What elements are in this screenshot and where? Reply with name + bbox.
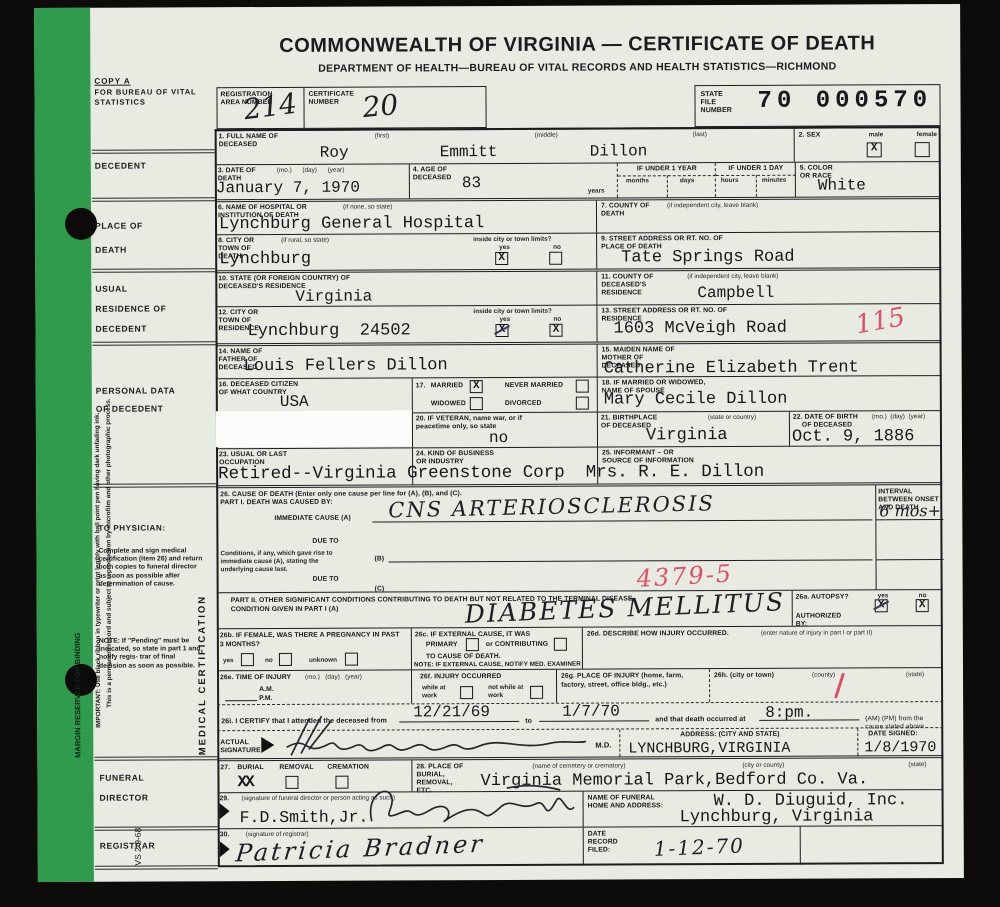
arrow-icon	[261, 737, 274, 753]
divorced-checkbox	[576, 397, 589, 410]
primary-label: PRIMARY	[426, 641, 458, 649]
marital-num: 17.	[416, 382, 426, 390]
field-county-of-death: 7. COUNTY OF DEATH (if independent city,…	[596, 199, 941, 233]
date-of-death-hint: (mo.) (day) (year)	[277, 167, 345, 175]
field-state-residence: 10. STATE (OR FOREIGN COUNTRY) OF DECEAS…	[215, 272, 596, 307]
removal-label: REMOVAL	[279, 764, 313, 772]
city-of-death-hint: (if rural, so state)	[281, 237, 329, 245]
row-burial: 27. BURIAL REMOVAL CREMATION XX 28. PLAC…	[217, 755, 943, 792]
md-address-label: ADDRESS: (CITY AND STATE)	[680, 731, 779, 739]
field-under-1-year: IF UNDER 1 YEAR months days	[617, 163, 715, 197]
injury-county-hint: (county)	[812, 672, 835, 680]
sex-label: 2. SEX	[799, 132, 821, 140]
red-slash-mark	[834, 673, 844, 699]
middle-hint: (middle)	[535, 132, 558, 140]
field-md-address: ADDRESS: (CITY AND STATE) LYNCHBURG,VIRG…	[619, 728, 857, 756]
date-signed-value: 1/8/1970	[864, 739, 936, 756]
section-personal-data: PERSONAL DATA OF DECEDENT	[96, 381, 176, 417]
section-place-of-death: PLACE OF DEATH	[95, 213, 165, 261]
redaction-box	[216, 410, 412, 447]
disposition-num: 27.	[220, 764, 230, 772]
divider	[93, 483, 216, 488]
middle-name-value: Emmitt	[440, 144, 498, 161]
field-funeral-home: NAME OF FUNERAL HOME AND ADDRESS: W. D. …	[583, 790, 944, 827]
margin-binding-text: MARGIN RESERVED FOR BINDING	[72, 338, 83, 758]
dob-hint: (mo.) (day) (year)	[872, 413, 925, 421]
last-name-value: Dillon	[590, 143, 648, 160]
widowed-checkbox	[470, 397, 483, 410]
color-race-value: White	[818, 177, 866, 194]
certificate-number-value: 20	[361, 88, 400, 124]
married-label: MARRIED	[431, 382, 463, 390]
checkmark: X	[473, 380, 480, 392]
sex-female-label: female	[917, 131, 937, 139]
immediate-cause-label: IMMEDIATE CAUSE (A)	[274, 515, 351, 523]
dob-value: Oct. 9, 1886	[792, 428, 914, 446]
md-address-value: LYNCHBURG,VIRGINIA	[628, 740, 790, 758]
row-occupation: 23. USUAL OR LAST OCCUPATION 24. KIND OF…	[216, 445, 942, 485]
certificate-number-box: CERTIFICATE NUMBER 20	[304, 86, 486, 129]
row-birth: 20. IF VETERAN, name war, or if peacetim…	[216, 410, 942, 448]
field-cause-of-death: 26. CAUSE OF DEATH (Enter only one cause…	[216, 485, 875, 592]
field-county-residence: 11. COUNTY OF DECEASED'S RESIDENCE (if i…	[596, 270, 941, 305]
red-code-value: 4379-5	[636, 559, 734, 592]
field-sex: 2. SEX male female X	[794, 128, 941, 162]
limits2-no-label: no	[553, 316, 561, 324]
death-occurred-label: and that death occurred at	[655, 716, 746, 724]
row-26e: 26e. TIME OF INJURY (mo.) (day) (year) A…	[217, 667, 943, 704]
autopsy-no-checkbox: X	[916, 599, 929, 612]
cremation-label: CREMATION	[327, 764, 369, 772]
birthplace-hint: (state or country)	[708, 414, 756, 422]
row-md-signature: ACTUAL SIGNATURE M.D. ADDRESS: (CITY AND…	[217, 727, 943, 758]
while-at-work-label: while at work	[422, 684, 456, 699]
hospital-hint: (if none, so state)	[343, 203, 392, 211]
field-empty	[800, 826, 944, 865]
pregnancy-no-label: no	[265, 657, 273, 665]
never-married-checkbox	[576, 380, 589, 393]
field-color-race: 5. COLOR OR RACE White	[795, 162, 941, 197]
divider	[95, 865, 218, 870]
row-city-residence: 12. CITY OR TOWN OF RESIDENCE inside cit…	[215, 303, 941, 343]
medical-certification-label: MEDICAL CERTIFICATION	[196, 493, 208, 755]
date-of-death-value: January 7, 1970	[216, 180, 360, 198]
field-place-of-injury: 26g. PLACE OF INJURY (home, farm, factor…	[556, 669, 709, 703]
veteran-label: 20. IF VETERAN, name war, or if peacetim…	[416, 415, 556, 432]
county-residence-label: 11. COUNTY OF DECEASED'S RESIDENCE	[601, 273, 681, 297]
divider	[94, 756, 217, 761]
field-external-cause: 26c. IF EXTERNAL CAUSE, IT WAS PRIMARY o…	[411, 628, 582, 670]
red-annotation-115: 115	[853, 302, 907, 340]
dob-label: 22. DATE OF BIRTH	[793, 413, 858, 421]
never-married-label: NEVER MARRIED	[505, 382, 563, 390]
document-title: COMMONWEALTH OF VIRGINIA — CERTIFICATE O…	[214, 32, 940, 58]
county-of-death-hint: (if independent city, leave blank)	[667, 202, 758, 210]
fd-script-signature	[357, 782, 577, 829]
arrow-icon	[220, 841, 230, 857]
pending-note: NOTE: If "Pending" must be indicated, so…	[99, 637, 203, 670]
binding-stripe	[34, 8, 94, 882]
field-time-of-injury: 26e. TIME OF INJURY (mo.) (day) (year) A…	[217, 670, 411, 704]
street-of-death-value: Tate Springs Road	[621, 249, 795, 267]
section-usual-residence: USUAL RESIDENCE OF DECEDENT	[95, 278, 185, 338]
limits-yes-checkbox: X	[495, 252, 508, 265]
contributing-label: or CONTRIBUTING	[486, 641, 548, 649]
limits-question-2: inside city or town limits?	[473, 308, 552, 316]
row-parents: 14. NAME OF FATHER OF DECEASED Louis Fel…	[216, 340, 942, 378]
months-label: months	[626, 177, 649, 185]
veteran-value: no	[489, 430, 508, 447]
pregnancy-label: 26b. IF FEMALE, WAS THERE A PREGNANCY IN…	[220, 631, 400, 649]
due-to-label-1: DUE TO	[312, 538, 338, 546]
not-while-at-work-label: not while at work	[488, 684, 526, 699]
sex-male-checkbox: X	[867, 142, 882, 157]
divorced-label: DIVORCED	[505, 400, 542, 408]
limits-yes-label: yes	[499, 244, 510, 252]
hospital-value: Lynchburg General Hospital	[219, 215, 484, 233]
state-hint: (state)	[908, 761, 926, 769]
row-registrar: 30. (signature of registrar) Patricia Br…	[218, 825, 944, 867]
occupation-informant-value: Retired--Virginia Greenstone Corp Mrs. R…	[218, 464, 764, 483]
part2-value: DIABETES MELLITUS	[464, 587, 785, 629]
injury-city-label: 26h. (city or town)	[714, 672, 774, 680]
field-veteran: 20. IF VETERAN, name war, or if peacetim…	[412, 413, 597, 448]
pregnancy-yes-checkbox	[241, 653, 254, 666]
arrow-icon	[220, 803, 230, 819]
divider	[92, 268, 215, 273]
certificate-number-label: CERTIFICATE NUMBER	[308, 91, 368, 107]
while-at-work-checkbox	[460, 686, 473, 699]
document-subtitle: DEPARTMENT OF HEALTH—BUREAU OF VITAL REC…	[214, 60, 940, 75]
section-to-physician: TO PHYSICIAN:	[98, 523, 168, 532]
field-interval: INTERVAL BETWEEN ONSET AND DEATH 6 mos+	[875, 485, 942, 589]
field-pregnancy: 26b. IF FEMALE, WAS THERE A PREGNANCY IN…	[217, 628, 411, 670]
pregnancy-unknown-checkbox	[345, 653, 358, 666]
field-full-name: 1. FULL NAME OF DECEASED (first) (middle…	[215, 129, 794, 165]
registration-area-box: REGISTRATION AREA NUMBER 214	[216, 87, 304, 129]
field-injury-location: 26h. (city or town) (county) (state)	[709, 668, 943, 702]
date-filed-label: DATE RECORD FILED:	[588, 830, 638, 854]
conditions-note: Conditions, if any, which gave rise to i…	[220, 550, 350, 575]
checkmark: X	[498, 252, 505, 264]
field-birthplace: 21. BIRTHPLACE OF DECEASED (state or cou…	[597, 412, 789, 447]
time-line	[759, 702, 859, 720]
field-street-of-death: 9. STREET ADDRESS OR RT. NO. OF PLACE OF…	[596, 232, 941, 269]
autopsy-label: 26a. AUTOPSY?	[796, 593, 849, 601]
field-autopsy: 26a. AUTOPSY? yes no X X AUTHORIZED BY:	[792, 590, 943, 626]
pm-label: P.M.	[259, 695, 273, 703]
county-residence-hint: (if independent city, leave blank)	[687, 273, 778, 281]
divider	[756, 175, 757, 197]
field-date-filed: DATE RECORD FILED: 1-12-70	[583, 827, 800, 866]
due-to-label-2: DUE TO	[313, 576, 339, 584]
checkmark: X	[499, 324, 506, 336]
field-marital-status: 17. MARRIED X NEVER MARRIED WIDOWED DIVO…	[412, 378, 597, 413]
citizen-value: USA	[280, 394, 309, 411]
state-file-box: STATE FILE NUMBER 70 000570	[694, 84, 940, 127]
external-cause-label: 26c. IF EXTERNAL CAUSE, IT WAS	[415, 631, 575, 640]
street-residence-value: 1603 McVeigh Road	[613, 320, 787, 338]
field-city-of-death: 8. CITY OR TOWN OF DEATH (if rural, so s…	[215, 234, 596, 271]
burial-label: BURIAL	[237, 764, 263, 772]
cause-b-label: (B)	[374, 556, 384, 564]
pregnancy-no-checkbox	[279, 653, 292, 666]
part1-label: PART I. DEATH WAS CAUSED BY:	[220, 499, 332, 507]
place-of-injury-label: 26g. PLACE OF INJURY (home, farm, factor…	[561, 672, 701, 690]
divider	[95, 826, 218, 831]
limits-question: inside city or town limits?	[473, 236, 552, 244]
city-of-death-value: Lynchburg	[219, 251, 311, 268]
limits-no-label: no	[553, 244, 561, 252]
fd-typed-name: F.D.Smith,Jr.	[240, 809, 369, 827]
divider	[667, 175, 668, 197]
row-part2: PART II. OTHER SIGNIFICANT CONDITIONS CO…	[217, 589, 943, 628]
row-marital: 16. DECEASED CITIZEN OF WHAT COUNTRY USA…	[216, 375, 942, 413]
age-value: 83	[462, 175, 481, 192]
cemetery-hint: (name of cemetery or crematory)	[532, 762, 625, 770]
row-26b: 26b. IF FEMALE, WAS THERE A PREGNANCY IN…	[217, 625, 943, 670]
injury-description-label: 26d. DESCRIBE HOW INJURY OCCURRED.	[587, 630, 729, 639]
pregnancy-yes-label: yes	[223, 657, 234, 665]
physician-signature	[279, 722, 589, 759]
row-city-of-death: 8. CITY OR TOWN OF DEATH (if rural, so s…	[215, 231, 941, 270]
field-hospital: 6. NAME OF HOSPITAL OR INSTITUTION OF DE…	[215, 201, 596, 235]
row-cause-of-death: 26. CAUSE OF DEATH (Enter only one cause…	[216, 482, 942, 592]
spouse-value: Mary Cecile Dillon	[604, 391, 788, 409]
minutes-label: minutes	[762, 177, 787, 185]
autopsy-yes-checkbox: X	[875, 599, 888, 612]
age-unit-label: years	[588, 188, 605, 196]
injury-description-hint: (enter nature of injury in part I or par…	[761, 629, 873, 637]
divider	[92, 149, 215, 154]
field-date-of-birth: 22. DATE OF BIRTH (mo.) (day) (year) OF …	[789, 411, 942, 446]
checkmark: X	[553, 324, 560, 336]
field-father: 14. NAME OF FATHER OF DECEASED Louis Fel…	[216, 345, 597, 379]
limits2-no-checkbox: X	[549, 324, 562, 337]
field-under-1-day: IF UNDER 1 DAY hours minutes	[715, 163, 795, 197]
field-fd-signature: 29. (signature of funeral director or pe…	[218, 792, 583, 829]
physician-note: Complete and sign medical certification …	[98, 547, 202, 588]
married-checkbox: X	[470, 380, 483, 393]
limits2-yes-label: yes	[499, 316, 510, 324]
age-label: 4. AGE OF DECEASED	[413, 166, 461, 182]
hours-label: hours	[721, 177, 739, 185]
burial-mark: XX	[237, 774, 252, 791]
divider	[92, 197, 215, 202]
city-residence-value: Lynchburg 24502	[247, 322, 410, 340]
city-county-hint: (city or county)	[742, 762, 784, 770]
state-residence-value: Virginia	[295, 289, 372, 306]
md-label: M.D.	[595, 742, 611, 750]
divider	[93, 341, 216, 346]
removal-checkbox	[285, 776, 298, 789]
state-file-label: STATE FILE NUMBER	[700, 91, 740, 115]
field-registrar-signature: 30. (signature of registrar) Patricia Br…	[218, 828, 583, 868]
limits2-yes-checkbox: X	[495, 324, 508, 337]
checkmark: X	[871, 142, 878, 154]
section-registrar: REGISTRAR	[100, 836, 156, 856]
primary-checkbox	[466, 638, 479, 651]
date-filed-value: 1-12-70	[653, 833, 745, 861]
county-of-death-label: 7. COUNTY OF DEATH	[601, 202, 657, 218]
field-injury-occurred: 26f. INJURY OCCURRED while at work not w…	[411, 670, 556, 704]
field-redacted	[216, 413, 412, 448]
registrar-num: 30.	[220, 831, 230, 839]
pregnancy-unknown-label: unknown	[309, 657, 337, 665]
father-value: Louis Fellers Dillon	[244, 357, 448, 375]
cause-b-line	[388, 530, 872, 562]
field-street-residence: 13. STREET ADDRESS OR RT. NO. OF RESIDEN…	[596, 304, 941, 342]
sex-male-label: male	[869, 131, 884, 139]
field-mother: 15. MAIDEN NAME OF MOTHER OF DECEASED Ca…	[597, 343, 942, 377]
registration-area-value: 214	[242, 87, 299, 126]
time-of-injury-hint: (mo.) (day) (year)	[305, 674, 362, 682]
county-residence-value: Campbell	[697, 285, 774, 302]
checkmark: X	[919, 599, 926, 611]
fd-num: 29.	[220, 795, 230, 803]
last-hint: (last)	[693, 131, 707, 139]
bureau-label: FOR BUREAU OF VITAL STATISTICS	[94, 87, 210, 108]
first-hint: (first)	[375, 132, 390, 140]
limits-no-checkbox	[549, 252, 562, 265]
field-date-of-death: 3. DATE OF DEATH (mo.) (day) (year) Janu…	[215, 164, 409, 199]
row-state-residence: 10. STATE (OR FOREIGN COUNTRY) OF DECEAS…	[215, 267, 941, 306]
sex-female-checkbox	[915, 142, 930, 157]
checkmark: X	[878, 599, 885, 611]
first-name-value: Roy	[320, 145, 349, 162]
funeral-home-label: NAME OF FUNERAL HOME AND ADDRESS:	[588, 794, 668, 810]
days-label: days	[680, 177, 695, 185]
widowed-label: WIDOWED	[431, 400, 466, 408]
row-name: 1. FULL NAME OF DECEASED (first) (middle…	[215, 126, 941, 164]
date-signed-label: DATE SIGNED:	[868, 730, 917, 738]
injury-state-hint: (state)	[906, 671, 924, 679]
section-decedent: DECEDENT	[95, 156, 147, 176]
ampm-line	[225, 671, 257, 701]
cremation-checkbox	[335, 776, 348, 789]
am-label: A.M.	[259, 686, 274, 694]
interval-line-2	[876, 485, 943, 560]
row-hospital: 6. NAME OF HOSPITAL OR INSTITUTION OF DE…	[215, 196, 941, 234]
state-file-value: 70 000570	[757, 92, 932, 110]
not-while-at-work-checkbox	[530, 686, 543, 699]
field-date-signed: DATE SIGNED: 1/8/1970	[857, 728, 943, 755]
birthplace-value: Virginia	[646, 427, 728, 444]
to-line	[539, 703, 649, 721]
injury-occurred-label: 26f. INJURY OCCURRED	[420, 673, 501, 681]
row-funeral-director: 29. (signature of funeral director or pe…	[218, 789, 944, 828]
contributing-checkbox	[554, 638, 567, 651]
death-certificate-sheet: MARGIN RESERVED FOR BINDING IMPORTANT: U…	[34, 4, 964, 882]
field-age: 4. AGE OF DECEASED 83 years	[409, 163, 617, 198]
field-spouse: 18. IF MARRIED OR WIDOWED, NAME OF SPOUS…	[597, 376, 942, 412]
full-name-label: 1. FULL NAME OF DECEASED	[219, 133, 283, 149]
field-injury-description: 26d. DESCRIBE HOW INJURY OCCURRED. (ente…	[582, 626, 943, 669]
field-part2: PART II. OTHER SIGNIFICANT CONDITIONS CO…	[217, 591, 792, 629]
field-citizen: 16. DECEASED CITIZEN OF WHAT COUNTRY USA	[216, 378, 412, 413]
field-md-signature: ACTUAL SIGNATURE M.D.	[217, 729, 619, 758]
actual-signature-label: ACTUAL SIGNATURE	[220, 739, 260, 755]
row-death-date: 3. DATE OF DEATH (mo.) (day) (year) Janu…	[215, 161, 941, 199]
field-city-residence: 12. CITY OR TOWN OF RESIDENCE inside cit…	[215, 306, 596, 344]
from-line	[399, 704, 519, 723]
funeral-home-city: Lynchburg, Virginia	[680, 808, 874, 826]
section-funeral-director: FUNERAL DIRECTOR	[99, 767, 169, 807]
